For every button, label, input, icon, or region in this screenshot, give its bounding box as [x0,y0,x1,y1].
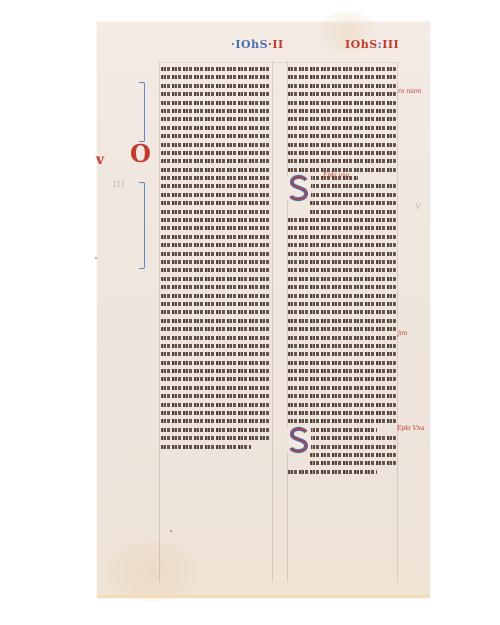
manuscript-leaf: ·IOhS·II IOhS:III v III O [97,22,430,598]
header-numeral: III [382,38,399,51]
header-prefix: IOhS [345,38,378,51]
pencil-chapter-numeral: III [113,180,125,189]
rubric-heading: Epła vna [323,172,349,179]
initial-s-icon [287,174,311,202]
running-header-left: ·IOhS·II [231,38,284,51]
ruling-line [272,62,273,582]
margin-note: jim [398,330,407,337]
rubric-heading: Epła Vna [397,425,424,432]
chapter-letter: v [96,152,104,168]
header-prefix: IOhS [235,38,268,51]
ruling-line [159,62,399,63]
decorated-initial-s [287,174,311,202]
blue-bracket [139,82,145,142]
margin-dot [170,530,172,532]
ruling-line [397,62,398,582]
chapter-initial-o: O [130,139,151,168]
running-header-right: IOhS:III [345,38,399,51]
decorated-initial-s [287,426,311,454]
margin-dot [95,257,97,259]
ruling-line [159,62,160,582]
header-numeral: II [272,38,283,51]
text-column-left [161,65,271,451]
faint-margin-mark: V [415,202,421,211]
parchment-stain [107,542,197,602]
text-column-right [288,65,396,476]
margin-note: ro niam [398,88,421,95]
blue-bracket [139,182,145,269]
initial-s-icon [287,426,311,454]
